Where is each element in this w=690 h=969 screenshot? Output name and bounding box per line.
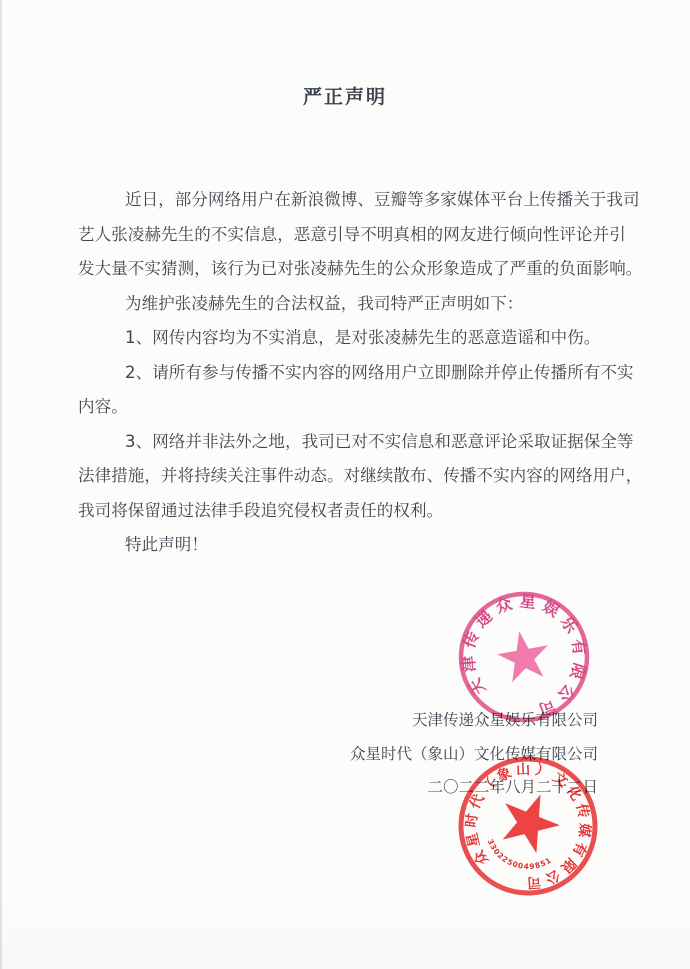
body-line-11: 特此声明！ (78, 528, 630, 563)
body-line-1: 近日，部分网络用户在新浪微博、豆瓣等多家媒体平台上传播关于我司 (78, 183, 630, 218)
seal-star-icon (494, 627, 553, 684)
company-seal-pink: 天津传递众星娱乐有限公司 (449, 586, 599, 732)
seal-star-icon (492, 783, 568, 857)
body-line-10: 我司将保留通过法律手段追究侵权者责任的权利。 (78, 494, 630, 529)
body-line-3: 发大量不实猜测，该行为已对张凌赫先生的公众形象造成了严重的负面影响。 (78, 252, 630, 287)
scan-edge-line (0, 0, 2, 969)
company-seal-red: 众星时代（象山）文化传媒有限公司 3302250049851 (450, 752, 606, 904)
body-line-2: 艺人张凌赫先生的不实信息，恶意引导不明真相的网友进行倾向性评论并引 (78, 218, 630, 253)
body-line-6: 2、请所有参与传播不实内容的网络用户立即删除并停止传播所有不实 (78, 356, 630, 391)
statement-body: 近日，部分网络用户在新浪微博、豆瓣等多家媒体平台上传播关于我司 艺人张凌赫先生的… (78, 183, 630, 563)
scanned-statement-page: 严正声明 近日，部分网络用户在新浪微博、豆瓣等多家媒体平台上传播关于我司 艺人张… (0, 0, 690, 969)
body-line-4: 为维护张凌赫先生的合法权益，我司特严正声明如下： (78, 287, 630, 322)
body-line-5: 1、网传内容均为不实消息，是对张凌赫先生的恶意造谣和中伤。 (78, 321, 630, 356)
body-line-7: 内容。 (78, 390, 630, 425)
body-line-8: 3、网络并非法外之地，我司已对不实信息和恶意评论采取证据保全等 (78, 425, 630, 460)
statement-title: 严正声明 (0, 82, 690, 109)
scan-bottom-shade (0, 899, 690, 969)
body-line-9: 法律措施，并将持续关注事件动态。对继续散布、传播不实内容的网络用户， (78, 459, 630, 494)
